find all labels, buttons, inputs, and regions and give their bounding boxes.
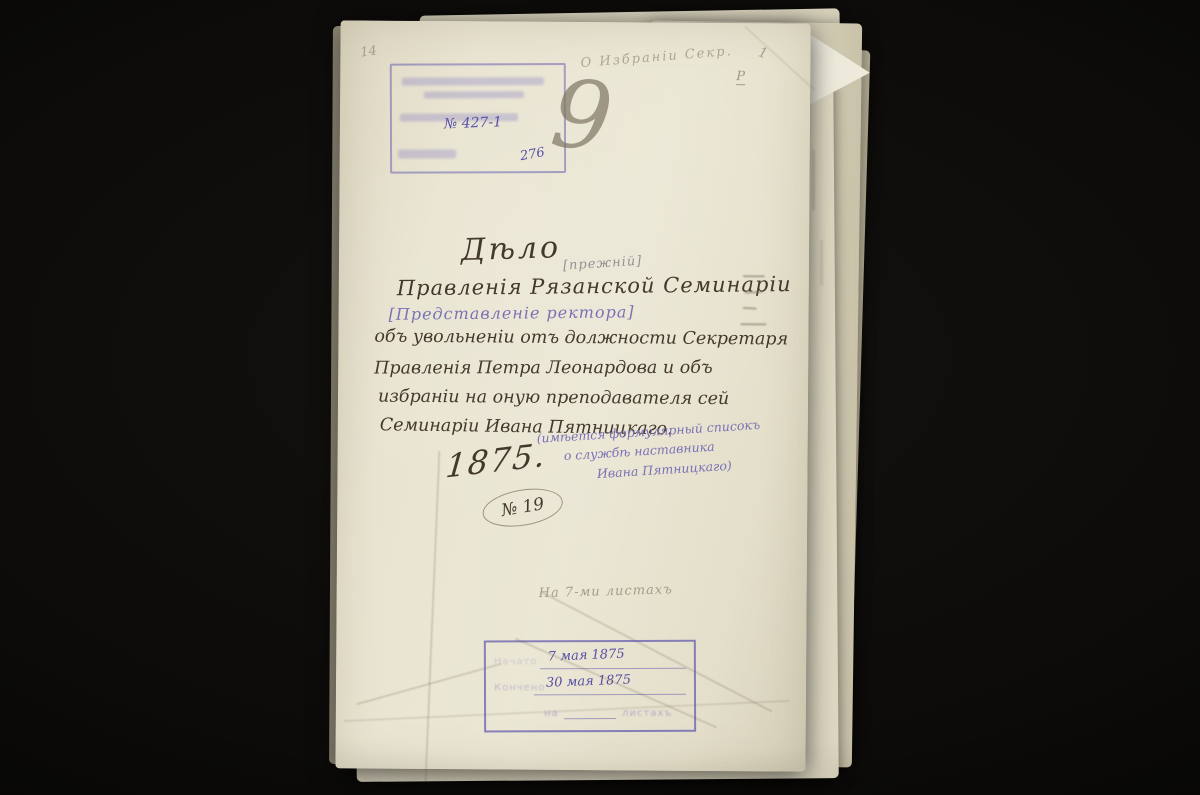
edge-scribbles <box>740 323 766 325</box>
registry-stamp: № 427-1 276 <box>390 63 566 174</box>
case-heading: Дѣло <box>461 230 562 268</box>
date-stamp-finished-date: 30 мая 1875 <box>546 673 632 691</box>
stamp-file-number: 276 <box>519 145 546 164</box>
date-stamp-finished-label: Кончено <box>494 682 546 693</box>
crease <box>425 451 441 781</box>
edge-scribbles <box>820 240 823 286</box>
stamp-illegible-row <box>424 91 524 98</box>
crease <box>744 26 816 92</box>
case-number-oval: № 19 <box>480 483 566 532</box>
date-stamp-rule <box>564 718 616 719</box>
date-stamp-rule <box>540 668 686 670</box>
pencil-heading-note: О Избраніи Секр. <box>580 38 810 71</box>
date-stamp-started-label: Начато <box>494 656 538 667</box>
edge-scribbles <box>743 307 757 310</box>
pencil-bracket-note: [прежній] <box>563 254 643 274</box>
edge-scribbles <box>812 150 815 210</box>
subject-line: избраніи на оную преподавателя сей <box>374 387 804 420</box>
date-stamp-started-date: 7 мая 1875 <box>548 647 625 665</box>
subject-line: Правленія Петра Леонардова и объ <box>374 358 804 389</box>
photo-backdrop: 14 № 427-1 276 9 О Избраніи Секр. 1 Р Дѣ… <box>0 0 1200 795</box>
stamp-illegible-row <box>402 77 544 85</box>
date-stamp-rule <box>534 694 686 696</box>
cover-page: 14 № 427-1 276 9 О Избраніи Секр. 1 Р Дѣ… <box>335 20 810 771</box>
stamp-number: № 427-1 <box>444 114 503 132</box>
date-stamp-sheets-prefix: на <box>544 708 559 719</box>
sheet-count-note: На 7-ми листахъ <box>538 582 673 601</box>
date-stamp-sheets-suffix: листахъ <box>622 708 672 719</box>
stamp-illegible-row <box>398 149 456 158</box>
edge-scribbles <box>743 275 765 277</box>
big-pencil-numeral: 9 <box>547 67 617 167</box>
page-letter-mark: Р <box>736 69 745 85</box>
pencil-page-number: 14 <box>359 44 377 61</box>
rector-note: [Представленіе ректора] <box>388 302 634 324</box>
owner-line: Правленія Рязанской Семинаріи <box>397 272 792 300</box>
subject-line: объ увольненіи отъ должности Секретаря <box>374 327 804 360</box>
date-stamp: Начато 7 мая 1875 Кончено 30 мая 1875 на… <box>484 640 696 733</box>
